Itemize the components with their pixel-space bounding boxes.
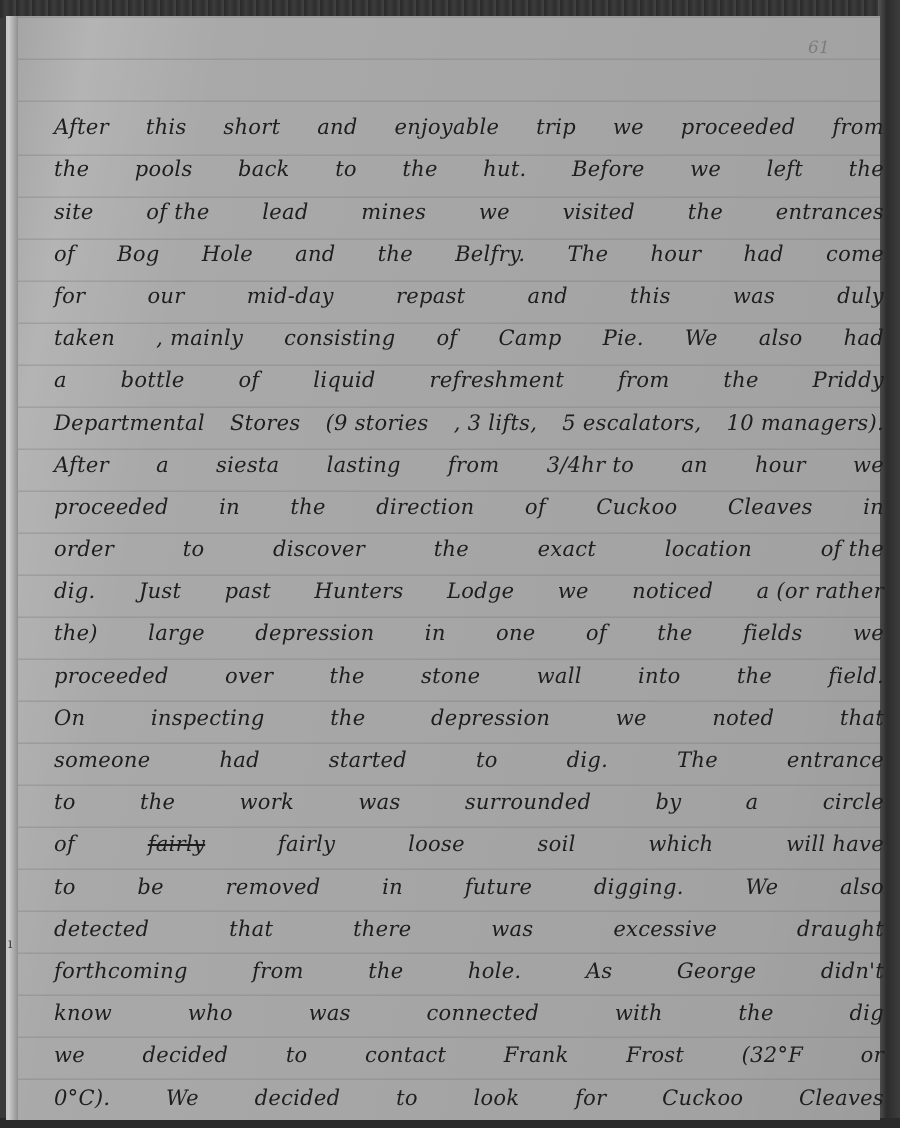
handwritten-word: Pie. bbox=[603, 328, 644, 349]
handwritten-word: and bbox=[528, 286, 568, 307]
handwritten-word: removed bbox=[226, 877, 321, 898]
handwritten-word: 10 managers). bbox=[727, 413, 884, 434]
handwritten-word: site bbox=[54, 202, 94, 223]
handwritten-word: noticed bbox=[632, 581, 713, 602]
handwritten-word: Frost bbox=[626, 1045, 684, 1066]
handwritten-word: we bbox=[616, 708, 647, 729]
handwritten-word: (32°F bbox=[742, 1045, 804, 1066]
handwritten-word: a bbox=[746, 792, 759, 813]
handwritten-word: surrounded bbox=[465, 792, 591, 813]
handwritten-word: this bbox=[630, 286, 671, 307]
handwritten-word: After bbox=[54, 117, 109, 138]
text-line: ordertodiscovertheexactlocationof the bbox=[54, 518, 884, 560]
handwritten-word: hour bbox=[650, 244, 701, 265]
handwritten-word: the bbox=[329, 666, 364, 687]
handwritten-word: Camp bbox=[499, 328, 562, 349]
handwritten-word: noted bbox=[712, 708, 774, 729]
handwritten-word: 0°C). bbox=[54, 1088, 110, 1109]
handwritten-word: one bbox=[496, 623, 536, 644]
handwritten-word: a (or rather bbox=[757, 581, 884, 602]
handwritten-word: also bbox=[759, 328, 803, 349]
handwritten-word: proceeded bbox=[54, 497, 169, 518]
handwritten-word: hole. bbox=[468, 961, 522, 982]
text-line: offairlyfairlyloosesoilwhichwill have bbox=[54, 813, 884, 855]
handwritten-word: had bbox=[219, 750, 259, 771]
handwritten-word: bottle bbox=[121, 370, 185, 391]
notebook-page: 61 Afterthisshortandenjoyabletripweproce… bbox=[6, 16, 880, 1120]
handwritten-word: from bbox=[618, 370, 670, 391]
handwritten-word: location bbox=[665, 539, 752, 560]
handwritten-word: we bbox=[479, 202, 510, 223]
handwritten-word: the bbox=[688, 202, 723, 223]
handwritten-word: enjoyable bbox=[394, 117, 499, 138]
handwritten-word: After bbox=[54, 455, 109, 476]
handwritten-word: hut. bbox=[483, 159, 526, 180]
text-line: proceededoverthestonewallintothefield. bbox=[54, 644, 884, 686]
handwritten-word: lead bbox=[262, 202, 308, 223]
handwritten-word: the bbox=[738, 1003, 773, 1024]
handwritten-word: into bbox=[638, 666, 681, 687]
handwritten-word: We bbox=[745, 877, 778, 898]
handwritten-word: Cuckoo bbox=[596, 497, 677, 518]
handwritten-word: excessive bbox=[613, 919, 717, 940]
handwritten-word: loose bbox=[408, 834, 465, 855]
handwritten-word: had bbox=[744, 244, 784, 265]
handwritten-word: or bbox=[861, 1045, 884, 1066]
text-line: knowwhowasconnectedwiththedig bbox=[54, 982, 884, 1024]
handwritten-word: someone bbox=[54, 750, 150, 771]
text-line: detectedthattherewasexcessivedraught bbox=[54, 898, 884, 940]
handwritten-word: On bbox=[54, 708, 85, 729]
handwritten-word: Priddy bbox=[813, 370, 884, 391]
handwritten-word: to bbox=[476, 750, 498, 771]
handwritten-word: visited bbox=[563, 202, 635, 223]
handwritten-word: of bbox=[54, 834, 75, 855]
handwritten-word: We bbox=[166, 1088, 199, 1109]
handwritten-word: we bbox=[853, 623, 884, 644]
handwritten-word: from bbox=[252, 961, 304, 982]
handwritten-word: which bbox=[648, 834, 713, 855]
handwritten-word: discover bbox=[273, 539, 365, 560]
handwritten-word: know bbox=[54, 1003, 112, 1024]
handwritten-word: wall bbox=[537, 666, 582, 687]
handwritten-word: field. bbox=[828, 666, 884, 687]
handwritten-word: Lodge bbox=[447, 581, 514, 602]
handwritten-word: duly bbox=[837, 286, 884, 307]
page-binding-edge bbox=[8, 16, 18, 1120]
handwritten-word: who bbox=[188, 1003, 233, 1024]
handwritten-word: for bbox=[54, 286, 85, 307]
handwritten-word: of bbox=[436, 328, 457, 349]
handwritten-word: detected bbox=[54, 919, 149, 940]
text-line: forourmid-dayrepastandthiswasduly bbox=[54, 265, 884, 307]
handwritten-word: we bbox=[690, 159, 721, 180]
handwritten-word: with bbox=[615, 1003, 663, 1024]
handwritten-word: an bbox=[681, 455, 708, 476]
handwritten-word: in bbox=[425, 623, 446, 644]
text-line: Oninspectingthedepressionwenotedthat bbox=[54, 687, 884, 729]
handwritten-word: the bbox=[723, 370, 758, 391]
handwritten-word: by bbox=[655, 792, 681, 813]
handwritten-word: siesta bbox=[216, 455, 279, 476]
handwritten-word: to bbox=[396, 1088, 418, 1109]
handwritten-word: the bbox=[290, 497, 325, 518]
handwritten-word: , mainly bbox=[156, 328, 243, 349]
handwritten-word: (9 stories bbox=[326, 413, 429, 434]
handwritten-word: stone bbox=[421, 666, 480, 687]
handwritten-word: in bbox=[382, 877, 403, 898]
text-line: abottleofliquidrefreshmentfromthePriddy bbox=[54, 349, 884, 391]
handwritten-word: work bbox=[240, 792, 295, 813]
handwritten-word: As bbox=[586, 961, 613, 982]
handwritten-word: we bbox=[54, 1045, 85, 1066]
handwritten-word: was bbox=[358, 792, 400, 813]
handwritten-word: The bbox=[567, 244, 608, 265]
text-line: Afterthisshortandenjoyabletripweproceede… bbox=[54, 96, 884, 138]
handwritten-word: Stores bbox=[230, 413, 301, 434]
handwritten-word: fields bbox=[743, 623, 803, 644]
handwritten-word: didn't bbox=[821, 961, 884, 982]
handwritten-word: will have bbox=[786, 834, 884, 855]
handwritten-word: Hole bbox=[202, 244, 253, 265]
handwritten-word: depression bbox=[255, 623, 374, 644]
handwritten-word: decided bbox=[255, 1088, 341, 1109]
handwritten-word: to bbox=[183, 539, 205, 560]
handwritten-word: from bbox=[448, 455, 500, 476]
handwritten-word: mid-day bbox=[247, 286, 334, 307]
handwritten-word: entrances bbox=[776, 202, 884, 223]
handwritten-word: direction bbox=[376, 497, 474, 518]
handwritten-word: lasting bbox=[327, 455, 401, 476]
handwritten-word: the bbox=[330, 708, 365, 729]
text-line: siteof theleadmineswevisitedtheentrances bbox=[54, 180, 884, 222]
handwritten-word: to bbox=[54, 792, 76, 813]
handwritten-word: consisting bbox=[284, 328, 395, 349]
handwritten-word: trip bbox=[536, 117, 576, 138]
handwritten-word: repast bbox=[396, 286, 465, 307]
handwritten-word: Cleaves bbox=[728, 497, 813, 518]
handwritten-word: the bbox=[434, 539, 469, 560]
handwritten-word: Departmental bbox=[54, 413, 205, 434]
handwritten-word: exact bbox=[538, 539, 597, 560]
handwritten-word: for bbox=[575, 1088, 606, 1109]
handwritten-word: the bbox=[849, 159, 884, 180]
handwritten-word: Belfry. bbox=[455, 244, 525, 265]
handwritten-word: hour bbox=[755, 455, 806, 476]
handwritten-word: short bbox=[223, 117, 280, 138]
handwritten-word: left bbox=[767, 159, 804, 180]
handwritten-word: Frank bbox=[504, 1045, 569, 1066]
handwritten-word: from bbox=[832, 117, 884, 138]
handwritten-word: draught bbox=[797, 919, 884, 940]
handwritten-word: was bbox=[309, 1003, 351, 1024]
handwritten-word: of the bbox=[821, 539, 884, 560]
handwritten-word: order bbox=[54, 539, 114, 560]
handwritten-word: fairly bbox=[278, 834, 335, 855]
handwritten-word: the) bbox=[54, 623, 98, 644]
handwritten-word: Before bbox=[572, 159, 645, 180]
text-line: DepartmentalStores(9 stories, 3 lifts,5 … bbox=[54, 391, 884, 433]
handwritten-word: future bbox=[465, 877, 533, 898]
text-line: thepoolsbacktothehut.Beforeweleftthe bbox=[54, 138, 884, 180]
handwritten-word: be bbox=[137, 877, 163, 898]
handwritten-word: dig. bbox=[567, 750, 608, 771]
handwritten-word: digging. bbox=[594, 877, 684, 898]
handwritten-word: inspecting bbox=[151, 708, 265, 729]
handwritten-word: of the bbox=[146, 202, 209, 223]
handwritten-word: also bbox=[840, 877, 884, 898]
handwritten-word: we bbox=[613, 117, 644, 138]
handwritten-word: that bbox=[229, 919, 273, 940]
handwritten-word: liquid bbox=[313, 370, 375, 391]
handwritten-word: the bbox=[140, 792, 175, 813]
handwritten-word: Bog bbox=[117, 244, 159, 265]
handwritten-word: look bbox=[473, 1088, 519, 1109]
handwritten-word: the bbox=[378, 244, 413, 265]
handwritten-word: the bbox=[368, 961, 403, 982]
text-line: dig.JustpastHuntersLodgewenoticeda (or r… bbox=[54, 560, 884, 602]
margin-mark: ı bbox=[8, 936, 12, 952]
text-line: taken, mainlyconsistingofCampPie.Wealsoh… bbox=[54, 307, 884, 349]
handwritten-word: decided bbox=[143, 1045, 229, 1066]
handwritten-word: a bbox=[54, 370, 67, 391]
handwritten-word: the bbox=[737, 666, 772, 687]
handwritten-word: our bbox=[147, 286, 184, 307]
handwritten-word: George bbox=[677, 961, 757, 982]
text-line: 0°C).WedecidedtolookforCuckooCleaves bbox=[54, 1066, 884, 1108]
handwritten-word: entrance bbox=[787, 750, 884, 771]
handwritten-word: started bbox=[329, 750, 407, 771]
text-line: someonehadstartedtodig.Theentrance bbox=[54, 729, 884, 771]
handwritten-word: in bbox=[863, 497, 884, 518]
handwritten-word: come bbox=[826, 244, 884, 265]
handwritten-word: soil bbox=[538, 834, 576, 855]
handwritten-word: pools bbox=[135, 159, 193, 180]
text-line: proceededinthedirectionofCuckooCleavesin bbox=[54, 476, 884, 518]
handwritten-word: of bbox=[238, 370, 259, 391]
handwritten-word: Just bbox=[139, 581, 181, 602]
handwritten-word: was bbox=[733, 286, 775, 307]
handwritten-word: proceeded bbox=[681, 117, 796, 138]
handwritten-word: in bbox=[219, 497, 240, 518]
handwritten-word: large bbox=[148, 623, 205, 644]
handwritten-word: had bbox=[844, 328, 884, 349]
handwritten-word: over bbox=[225, 666, 273, 687]
handwritten-word: back bbox=[238, 159, 290, 180]
handwritten-word: to bbox=[286, 1045, 308, 1066]
handwritten-word: proceeded bbox=[54, 666, 169, 687]
handwritten-word: dig bbox=[849, 1003, 884, 1024]
handwritten-word: the bbox=[657, 623, 692, 644]
handwritten-word: a bbox=[156, 455, 169, 476]
text-line: toberemovedinfuturedigging.Wealso bbox=[54, 855, 884, 897]
text-line: the)largedepressioninoneofthefieldswe bbox=[54, 602, 884, 644]
handwritten-word: of bbox=[586, 623, 607, 644]
handwritten-word: and bbox=[295, 244, 335, 265]
handwritten-word: that bbox=[840, 708, 884, 729]
page-number: 61 bbox=[808, 38, 830, 58]
handwritten-word: connected bbox=[426, 1003, 539, 1024]
handwritten-word: to bbox=[335, 159, 357, 180]
text-line: Afterasiestalastingfrom3/4hr toanhourwe bbox=[54, 434, 884, 476]
handwritten-word: dig. bbox=[54, 581, 95, 602]
struck-through-word: fairly bbox=[148, 834, 205, 855]
handwritten-word: , 3 lifts, bbox=[454, 413, 537, 434]
handwritten-word: Cuckoo bbox=[662, 1088, 743, 1109]
handwritten-word: 5 escalators, bbox=[562, 413, 701, 434]
handwritten-text-body: Afterthisshortandenjoyabletripweproceede… bbox=[54, 96, 884, 1109]
handwritten-word: mines bbox=[361, 202, 426, 223]
handwritten-word: we bbox=[853, 455, 884, 476]
handwritten-word: past bbox=[225, 581, 271, 602]
handwritten-word: we bbox=[558, 581, 589, 602]
handwritten-word: there bbox=[353, 919, 411, 940]
handwritten-word: We bbox=[685, 328, 718, 349]
handwritten-word: circle bbox=[823, 792, 884, 813]
handwritten-word: forthcoming bbox=[54, 961, 188, 982]
handwritten-word: the bbox=[402, 159, 437, 180]
handwritten-word: The bbox=[677, 750, 718, 771]
handwritten-word: this bbox=[146, 117, 187, 138]
handwritten-word: the bbox=[54, 159, 89, 180]
handwritten-word: to bbox=[54, 877, 76, 898]
handwritten-word: and bbox=[317, 117, 357, 138]
text-line: wedecidedtocontactFrankFrost(32°For bbox=[54, 1024, 884, 1066]
handwritten-word: taken bbox=[54, 328, 115, 349]
handwritten-word: of bbox=[525, 497, 546, 518]
text-line: forthcomingfromthehole.AsGeorgedidn't bbox=[54, 940, 884, 982]
handwritten-word: contact bbox=[365, 1045, 446, 1066]
handwritten-word: Cleaves bbox=[799, 1088, 884, 1109]
text-line: totheworkwassurroundedbyacircle bbox=[54, 771, 884, 813]
handwritten-word: 3/4hr to bbox=[547, 455, 635, 476]
handwritten-word: of bbox=[54, 244, 75, 265]
text-line: ofBogHoleandtheBelfry.Thehourhadcome bbox=[54, 223, 884, 265]
handwritten-word: Hunters bbox=[314, 581, 403, 602]
handwritten-word: depression bbox=[431, 708, 550, 729]
handwritten-word: was bbox=[491, 919, 533, 940]
handwritten-word: refreshment bbox=[430, 370, 565, 391]
